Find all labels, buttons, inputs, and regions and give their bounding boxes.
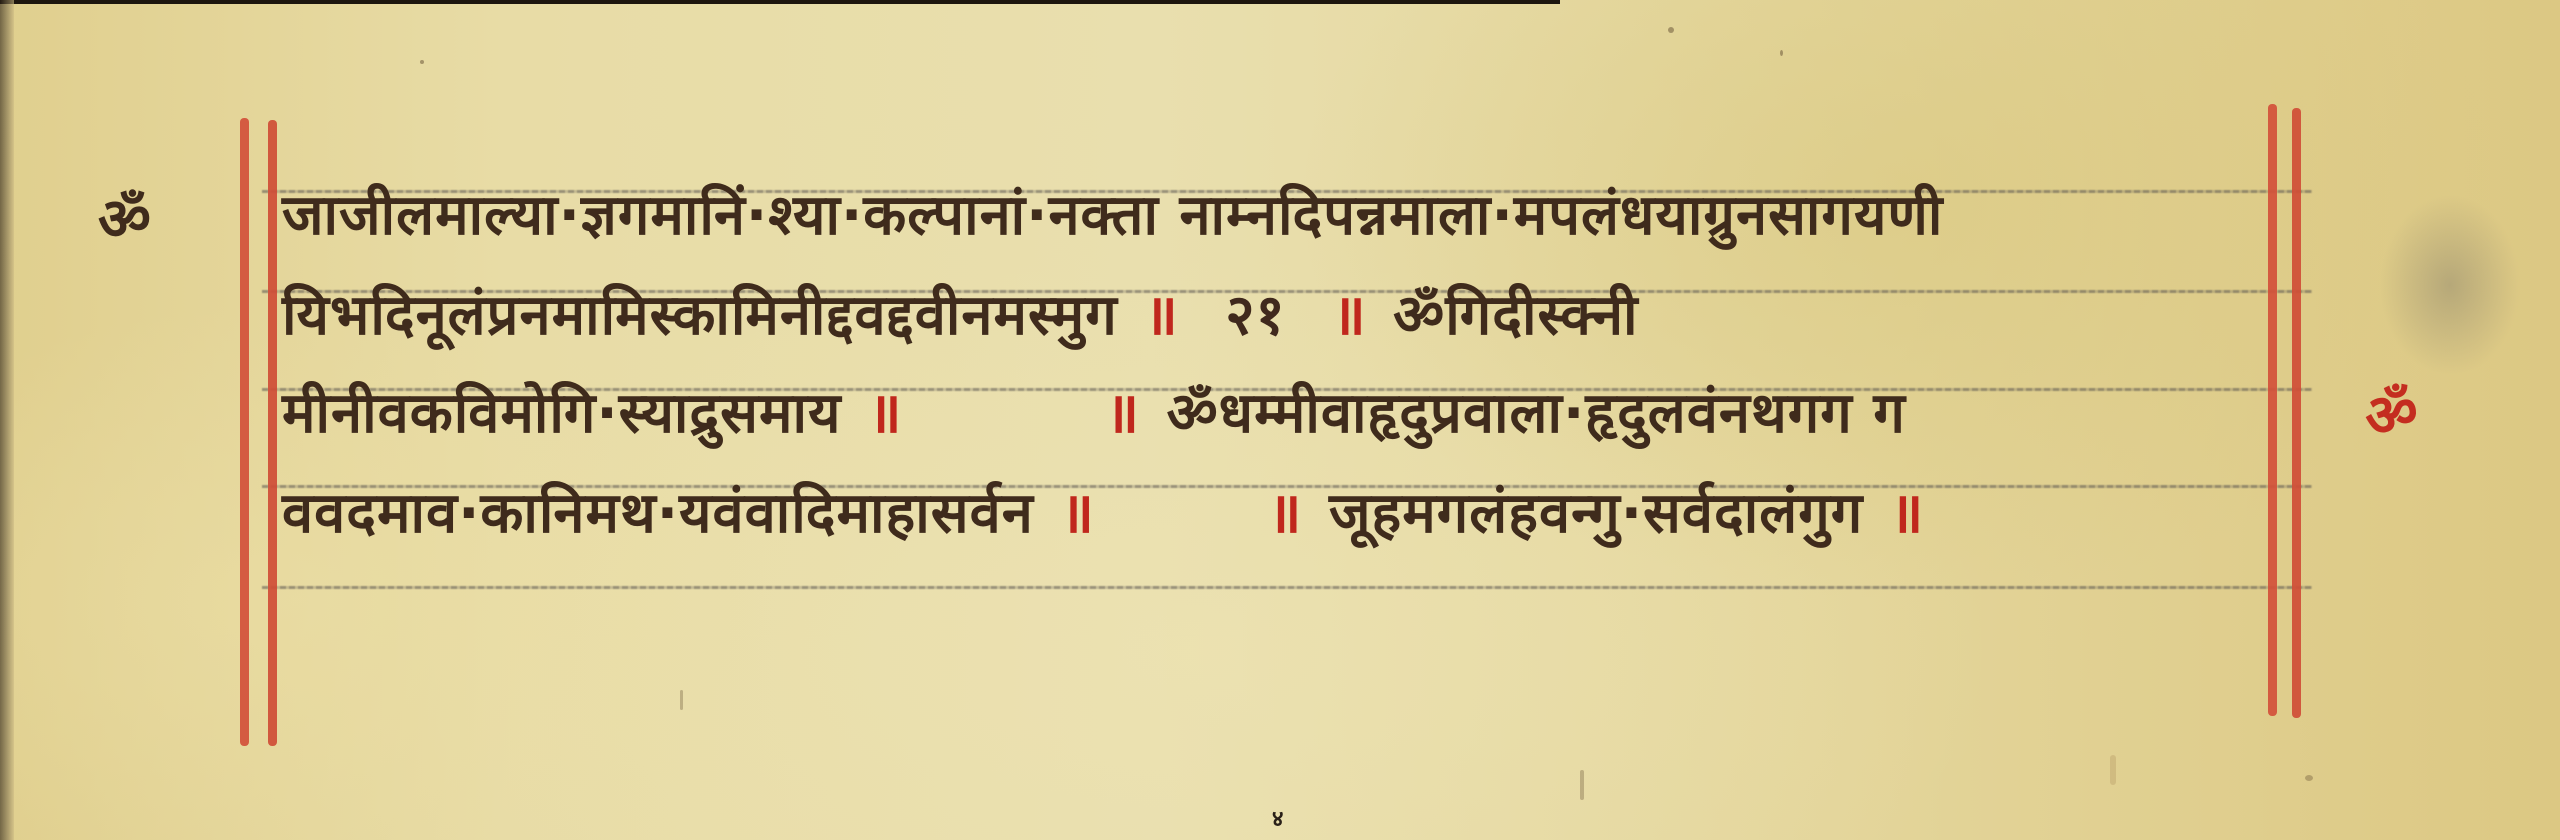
paper-speck	[1668, 27, 1674, 33]
double-danda-red: ॥	[1138, 288, 1185, 344]
line-text: जाजीलमाल्या·ज्ञगमानिं·श्या·कल्पानां·नक्त…	[282, 188, 1943, 244]
line-text: जूहमगलंहवन्गु·सर्वदालंगुग	[1329, 486, 1863, 542]
double-danda-red: ॥	[1326, 288, 1373, 344]
text-line-3: मीनीवकविमोगि·स्याद्रुसमाय ॥ ॥ ॐधम्मीवाहृ…	[282, 386, 1906, 442]
line-text: ववदमाव·कानिमथ·यवंवादिमाहासर्वन	[282, 486, 1034, 542]
text-line-4: ववदमाव·कानिमथ·यवंवादिमाहासर्वन ॥ ॥ जूहमग…	[282, 486, 1930, 542]
paper-speck	[2305, 775, 2313, 781]
paper-speck	[420, 60, 424, 64]
line-text: मीनीवकविमोगि·स्याद्रुसमाय	[282, 386, 842, 442]
right-border-line-outer	[2268, 104, 2277, 716]
left-border-line-outer	[240, 118, 249, 746]
verse-number: २१	[1205, 288, 1305, 344]
manuscript-folio: ॐ ॐ जाजीलमाल्या·ज्ञगमानिं·श्या·कल्पानां·…	[0, 0, 2560, 840]
line-text: ॐगिदीस्क्नी	[1393, 288, 1638, 344]
left-border-line-inner	[268, 120, 277, 746]
ruling-line	[262, 586, 2312, 589]
text-line-2: यिभदिनूलंप्रनमामिस्कामिनीद्दवद्दवीनमस्मु…	[282, 288, 1639, 344]
double-danda-red: ॥	[1262, 486, 1309, 542]
page-left-edge	[0, 0, 14, 840]
folio-number: ४	[1272, 803, 1283, 833]
right-border-line-inner	[2292, 108, 2301, 718]
paper-stain	[1580, 770, 1584, 800]
paper-speck	[680, 690, 683, 710]
double-danda-red: ॥	[862, 386, 909, 442]
text-line-1: जाजीलमाल्या·ज्ञगमानिं·श्या·कल्पानां·नक्त…	[282, 188, 1943, 244]
paper-speck	[1780, 50, 1783, 56]
line-text: ॐधम्मीवाहृदुप्रवाला·हृदुलवंनथगग ग	[1167, 386, 1906, 442]
double-danda-red: ॥	[1054, 486, 1101, 542]
line-text: यिभदिनूलंप्रनमामिस्कामिनीद्दवद्दवीनमस्मु…	[282, 288, 1118, 344]
left-margin-om-icon: ॐ	[98, 190, 151, 248]
page-top-edge	[0, 0, 1560, 4]
double-danda-red: ॥	[1884, 486, 1931, 542]
paper-stain	[2110, 755, 2116, 785]
double-danda-red: ॥	[1100, 386, 1147, 442]
right-margin-om-icon: ॐ	[2361, 382, 2421, 447]
